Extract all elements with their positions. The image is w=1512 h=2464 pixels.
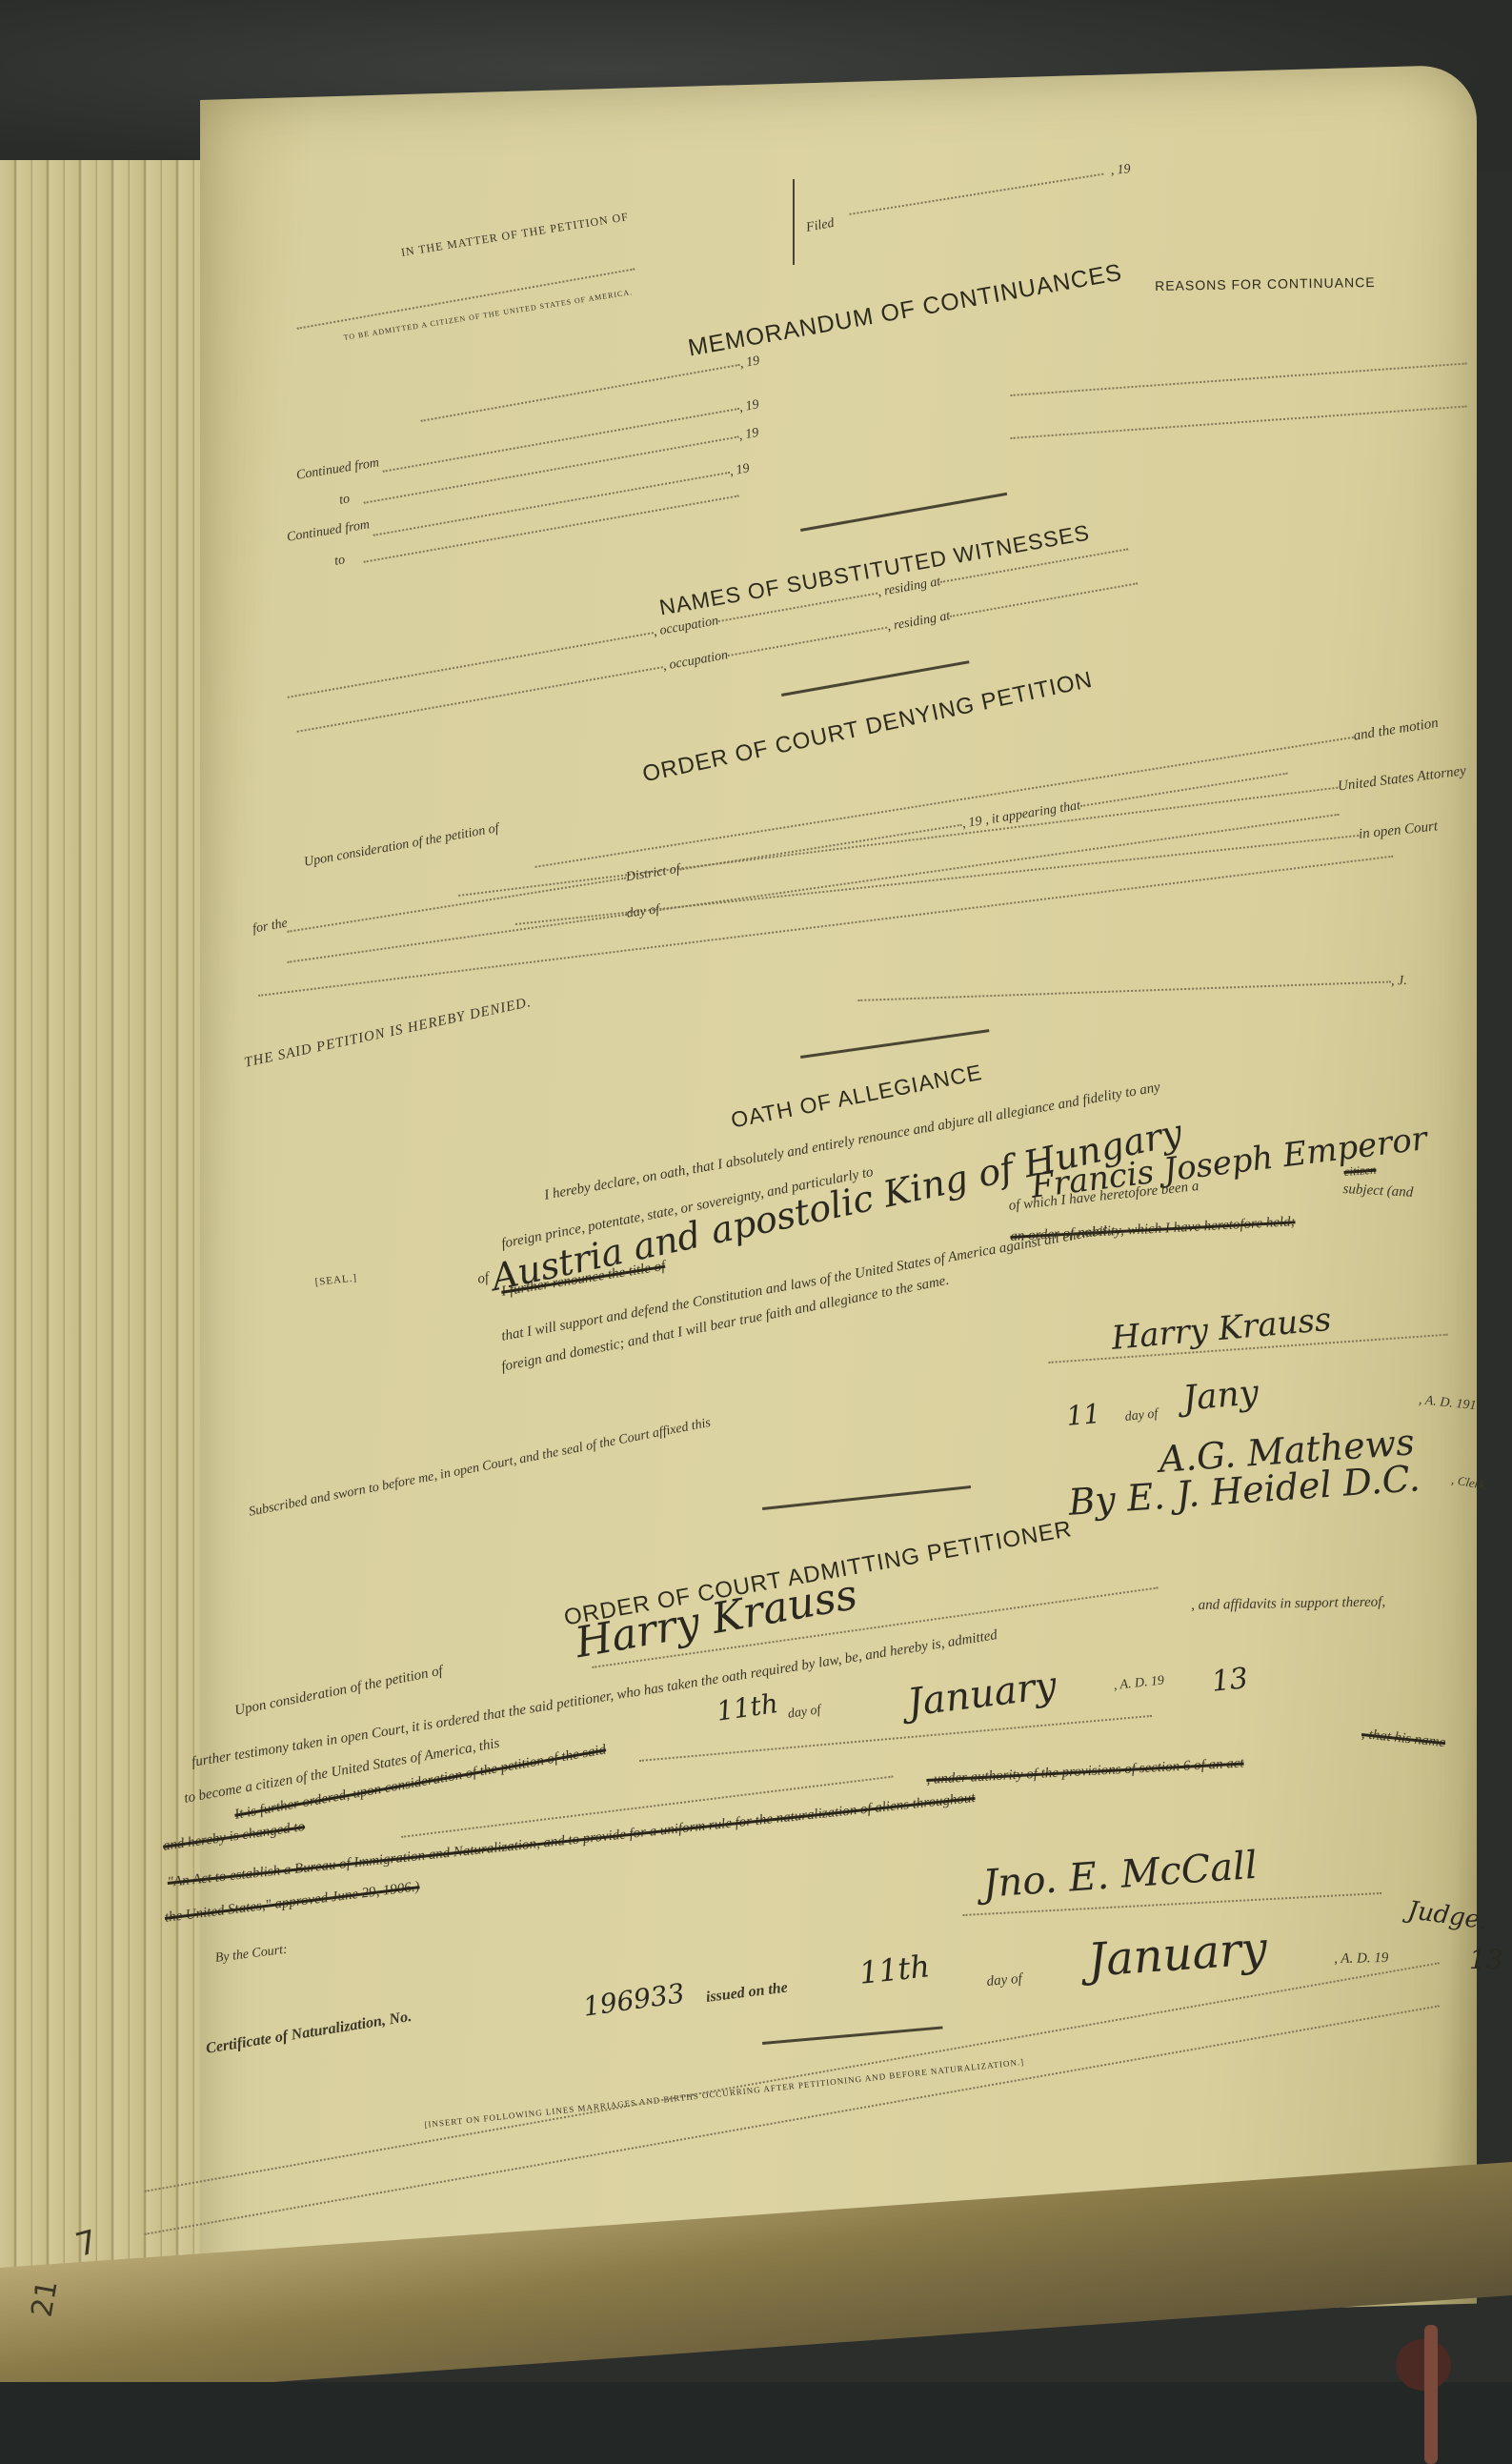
to-label-2: to <box>333 553 346 570</box>
struck-citizen: citizen <box>1343 1162 1377 1180</box>
dark-background-bottom <box>0 2382 1512 2464</box>
filed-year-prefix: , 19 <box>1110 162 1131 179</box>
oath-day-value: 11 <box>1065 1398 1101 1432</box>
certificate-day-value: 11th <box>857 1948 932 1991</box>
oath-month-value: Jany <box>1181 1373 1260 1419</box>
margin-pencil-mark-2: 21 <box>26 2278 65 2320</box>
bookmark-ribbon <box>1424 2325 1438 2464</box>
stacked-page-edges <box>0 160 229 2380</box>
certificate-day-of-label: day of <box>986 1971 1022 1990</box>
affidavits-text: , and affidavits in support thereof, <box>1191 1594 1385 1614</box>
ribbon-knot <box>1396 2339 1451 2391</box>
oath-of-prefix: of <box>476 1270 490 1288</box>
certificate-year-value: 13 <box>1469 1944 1503 1975</box>
to-label-1: to <box>338 492 351 509</box>
header-divider <box>793 179 795 265</box>
admitting-year-value: 13 <box>1210 1662 1250 1699</box>
